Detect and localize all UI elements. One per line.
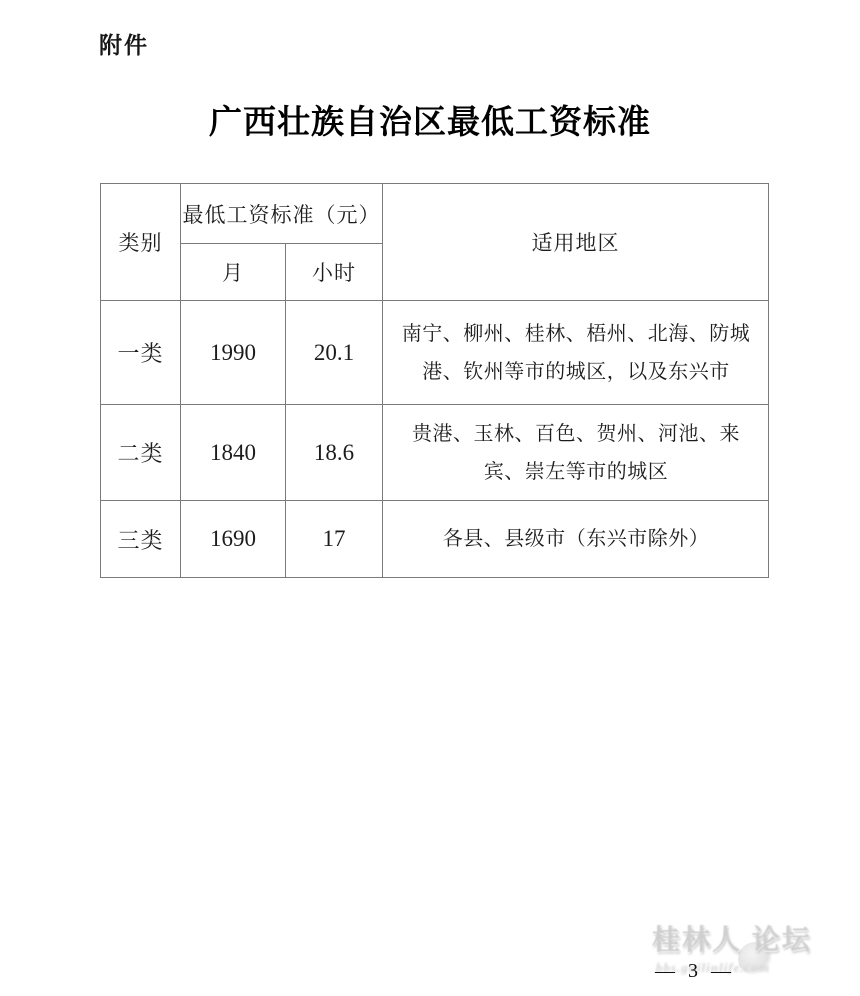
cell-category: 二类: [101, 405, 181, 501]
cell-category: 三类: [101, 501, 181, 578]
attachment-label: 附件: [99, 27, 149, 60]
cell-monthly-wage: 1990: [181, 301, 286, 405]
cell-hourly-wage: 18.6: [286, 405, 383, 501]
cell-category: 一类: [101, 301, 181, 405]
page-number: — 3 —: [655, 960, 735, 983]
col-header-wage-group: 最低工资标准（元）: [181, 184, 383, 244]
col-header-category: 类别: [101, 184, 181, 301]
cell-monthly-wage: 1840: [181, 405, 286, 501]
cell-region: 各县、县级市（东兴市除外）: [383, 501, 769, 578]
cell-hourly-wage: 17: [286, 501, 383, 578]
col-header-monthly: 月: [181, 244, 286, 301]
page-title: 广西壮族自治区最低工资标准: [0, 96, 860, 143]
cell-region: 南宁、柳州、桂林、梧州、北海、防城港、钦州等市的城区，以及东兴市: [383, 301, 769, 405]
watermark-title: 桂林人 论坛: [652, 918, 842, 958]
cell-region: 贵港、玉林、百色、贺州、河池、来宾、崇左等市的城区: [383, 405, 769, 501]
cell-monthly-wage: 1690: [181, 501, 286, 578]
col-header-region: 适用地区: [383, 184, 769, 301]
cell-hourly-wage: 20.1: [286, 301, 383, 405]
document-page: 附件 广西壮族自治区最低工资标准 类别 最低工资标准（元） 适用地区 月 小时 …: [0, 0, 860, 996]
watermark-logo-icon: [738, 942, 772, 976]
table-row-class2: 二类 1840 18.6 贵港、玉林、百色、贺州、河池、来宾、崇左等市的城区: [101, 405, 769, 501]
table-row-class3: 三类 1690 17 各县、县级市（东兴市除外）: [101, 501, 769, 578]
minimum-wage-table: 类别 最低工资标准（元） 适用地区 月 小时 一类 1990 20.1 南宁、柳…: [100, 183, 769, 578]
table-row-class1: 一类 1990 20.1 南宁、柳州、桂林、梧州、北海、防城港、钦州等市的城区，…: [101, 301, 769, 405]
col-header-hourly: 小时: [286, 244, 383, 301]
header-row-top: 类别 最低工资标准（元） 适用地区: [101, 184, 769, 244]
